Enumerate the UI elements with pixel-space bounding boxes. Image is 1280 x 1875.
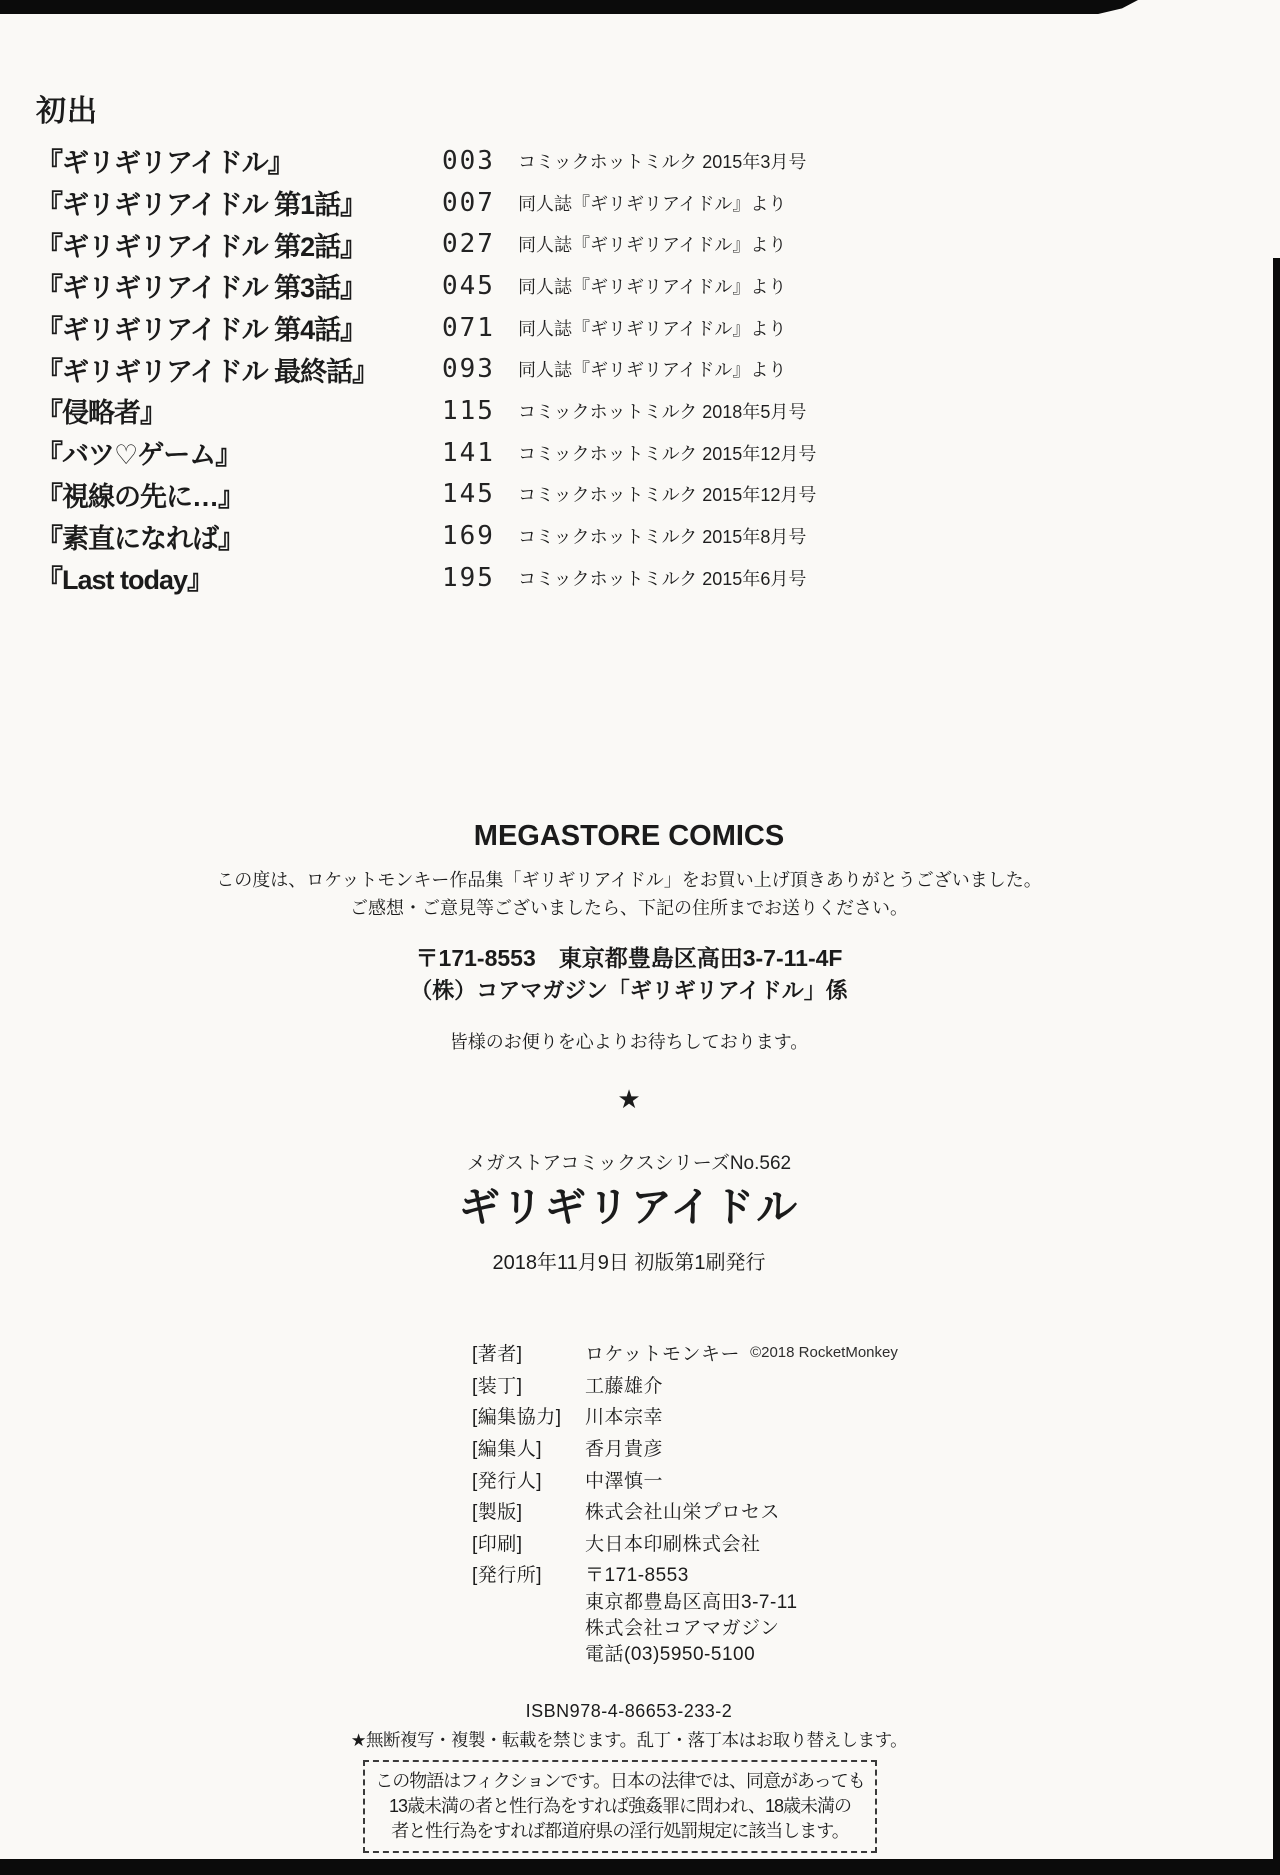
story-title: 『バツ♡ゲーム』 <box>36 433 442 472</box>
page-number: 007 <box>442 188 518 218</box>
scan-edge-top <box>0 0 1138 14</box>
page-number: 145 <box>442 479 518 509</box>
publisher-address-line: 東京都豊島区高田3-7-11 <box>585 1590 898 1616</box>
page-number: 141 <box>442 438 518 468</box>
credit-value: ロケットモンキー <box>585 1339 740 1366</box>
publication-source: 同人誌『ギリギリアイドル』より <box>518 231 786 257</box>
credit-row: [編集協力] 川本宗幸 <box>472 1400 898 1432</box>
publisher-brand: MEGASTORE COMICS <box>0 820 1258 853</box>
scan-edge-right <box>1273 258 1280 1875</box>
list-item: 『侵略者』 115 コミックホットミルク 2018年5月号 <box>36 390 1136 432</box>
credit-value: 中澤慎一 <box>585 1466 663 1493</box>
copyright-notice: ★無断複写・複製・転載を禁じます。乱丁・落丁本はお取り替えします。 <box>0 1727 1258 1752</box>
story-title: 『ギリギリアイドル 第1話』 <box>36 183 442 222</box>
credit-label: [製版] <box>472 1497 585 1524</box>
publication-source: 同人誌『ギリギリアイドル』より <box>518 190 786 216</box>
isbn-number: ISBN978-4-86653-233-2 <box>0 1701 1258 1722</box>
list-item: 『ギリギリアイドル 第3話』 045 同人誌『ギリギリアイドル』より <box>36 265 1136 307</box>
credit-value: 工藤雄介 <box>585 1371 663 1398</box>
publisher-address-line: 電話(03)5950-5100 <box>585 1642 898 1668</box>
first-publication-heading: 初出 <box>36 86 98 130</box>
credit-label: [著者] <box>472 1339 585 1366</box>
story-title: 『Last today』 <box>36 558 442 597</box>
thanks-message-line1: この度は、ロケットモンキー作品集「ギリギリアイドル」をお買い上げ頂きありがとうご… <box>0 866 1258 892</box>
credit-value: 大日本印刷株式会社 <box>585 1529 761 1556</box>
credit-label: [印刷] <box>472 1529 585 1556</box>
page-number: 115 <box>442 396 518 426</box>
credit-value: 株式会社山栄プロセス <box>585 1497 780 1524</box>
credit-row: [製版] 株式会社山栄プロセス <box>472 1495 898 1527</box>
credit-value: 香月貴彦 <box>585 1434 663 1461</box>
story-title: 『ギリギリアイドル 第3話』 <box>36 266 442 305</box>
thanks-message-line2: ご感想・ご意見等ございましたら、下記の住所までお送りください。 <box>0 894 1258 920</box>
disclaimer-line: 13歳未満の者と性行為をすれば強姦罪に問われ、18歳未満の <box>375 1794 865 1819</box>
list-item: 『Last today』 195 コミックホットミルク 2015年6月号 <box>36 557 1136 599</box>
page-number: 045 <box>442 271 518 301</box>
story-title: 『ギリギリアイドル 第2話』 <box>36 225 442 264</box>
publication-source: コミックホットミルク 2015年8月号 <box>518 523 806 549</box>
credits-block: [著者] ロケットモンキー ©2018 RocketMonkey [装丁] 工藤… <box>472 1337 898 1668</box>
list-item: 『ギリギリアイドル 第1話』 007 同人誌『ギリギリアイドル』より <box>36 182 1136 224</box>
publication-source: 同人誌『ギリギリアイドル』より <box>518 273 786 299</box>
story-title: 『ギリギリアイドル』 <box>36 141 442 180</box>
list-item: 『素直になれば』 169 コミックホットミルク 2015年8月号 <box>36 515 1136 557</box>
mailing-address-line2: （株）コアマガジン「ギリギリアイドル」係 <box>0 974 1258 1005</box>
story-title: 『ギリギリアイドル 第4話』 <box>36 308 442 347</box>
list-item: 『ギリギリアイドル 第2話』 027 同人誌『ギリギリアイドル』より <box>36 223 1136 265</box>
credit-label: [編集人] <box>472 1434 585 1461</box>
mailing-address-line1: 〒171-8553 東京都豊島区高田3-7-11-4F <box>0 940 1258 973</box>
page-number: 003 <box>442 146 518 176</box>
awaiting-letters-note: 皆様のお便りを心よりお待ちしております。 <box>0 1028 1258 1054</box>
list-item: 『バツ♡ゲーム』 141 コミックホットミルク 2015年12月号 <box>36 432 1136 474</box>
scan-edge-bottom <box>0 1859 1280 1875</box>
series-number: メガストアコミックスシリーズNo.562 <box>0 1148 1258 1175</box>
page-number: 169 <box>442 521 518 551</box>
publication-source: 同人誌『ギリギリアイドル』より <box>518 315 786 341</box>
page-number: 093 <box>442 354 518 384</box>
list-item: 『ギリギリアイドル』 003 コミックホットミルク 2015年3月号 <box>36 140 1136 182</box>
publication-source: コミックホットミルク 2015年12月号 <box>518 440 816 466</box>
credit-label: [編集協力] <box>472 1402 585 1429</box>
publisher-address-block: 東京都豊島区高田3-7-11 株式会社コアマガジン 電話(03)5950-510… <box>585 1590 898 1668</box>
publication-source: コミックホットミルク 2018年5月号 <box>518 398 806 424</box>
list-item: 『ギリギリアイドル 第4話』 071 同人誌『ギリギリアイドル』より <box>36 307 1136 349</box>
credit-row: [発行人] 中澤慎一 <box>472 1463 898 1495</box>
publisher-address-line: 株式会社コアマガジン <box>585 1616 898 1642</box>
credit-label: [発行人] <box>472 1466 585 1493</box>
publication-source: コミックホットミルク 2015年3月号 <box>518 148 806 174</box>
story-title: 『視線の先に…』 <box>36 475 442 514</box>
story-title: 『侵略者』 <box>36 391 442 430</box>
disclaimer-line: 者と性行為をすれば都道府県の淫行処罰規定に該当します。 <box>375 1819 865 1844</box>
page-number: 195 <box>442 563 518 593</box>
disclaimer-line: この物語はフィクションです。日本の法律では、同意があっても <box>375 1769 865 1794</box>
book-title: ギリギリアイドル <box>0 1174 1258 1233</box>
list-item: 『視線の先に…』 145 コミックホットミルク 2015年12月号 <box>36 474 1136 516</box>
edition-date: 2018年11月9日 初版第1刷発行 <box>0 1246 1258 1275</box>
credit-label: [装丁] <box>472 1371 585 1398</box>
story-title: 『素直になれば』 <box>36 517 442 556</box>
credit-row: [装丁] 工藤雄介 <box>472 1369 898 1401</box>
fiction-disclaimer-box: この物語はフィクションです。日本の法律では、同意があっても 13歳未満の者と性行… <box>363 1760 877 1853</box>
publication-source: 同人誌『ギリギリアイドル』より <box>518 356 786 382</box>
publication-source: コミックホットミルク 2015年12月号 <box>518 481 816 507</box>
credit-row: [編集人] 香月貴彦 <box>472 1432 898 1464</box>
copyright-note: ©2018 RocketMonkey <box>750 1344 898 1361</box>
credit-row: [発行所] 〒171-8553 <box>472 1558 898 1590</box>
list-item: 『ギリギリアイドル 最終話』 093 同人誌『ギリギリアイドル』より <box>36 348 1136 390</box>
page-number: 027 <box>442 229 518 259</box>
credit-label: [発行所] <box>472 1560 585 1587</box>
credit-value: 川本宗幸 <box>585 1402 663 1429</box>
credit-value: 〒171-8553 <box>585 1560 689 1587</box>
credit-row: [印刷] 大日本印刷株式会社 <box>472 1527 898 1559</box>
credit-row: [著者] ロケットモンキー ©2018 RocketMonkey <box>472 1337 898 1369</box>
first-publication-list: 『ギリギリアイドル』 003 コミックホットミルク 2015年3月号 『ギリギリ… <box>36 140 1136 599</box>
publication-source: コミックホットミルク 2015年6月号 <box>518 565 806 591</box>
page-number: 071 <box>442 313 518 343</box>
story-title: 『ギリギリアイドル 最終話』 <box>36 350 442 389</box>
star-icon: ★ <box>0 1084 1258 1115</box>
